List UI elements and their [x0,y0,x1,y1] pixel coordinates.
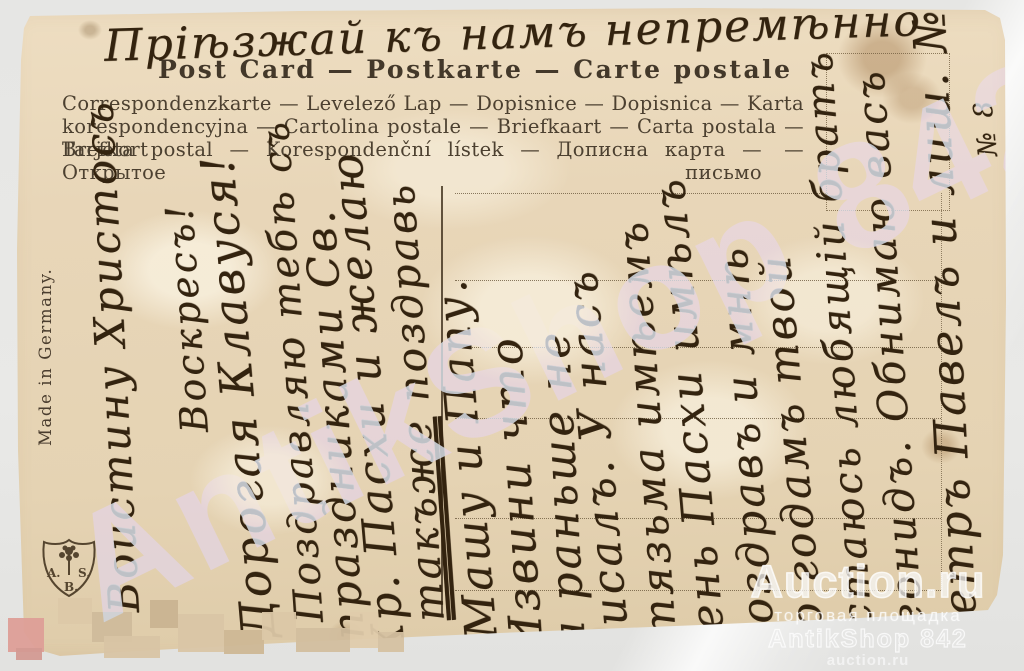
censor-block [378,632,404,652]
shop-name-watermark: AntikShop 842 [718,626,1018,652]
made-in-germany-imprint: Made in Germany. [36,268,55,446]
auction-site-watermark: Auction.ru [718,558,1018,605]
censor-block-pink [8,618,44,652]
domain-watermark: auction.ru [718,653,1018,669]
censor-block [296,628,350,652]
censor-block-pink [16,648,42,660]
censor-block [224,630,264,654]
censor-block [262,612,296,640]
auction-watermark-block: Auction.ru торговая площадка AntikShop 8… [718,558,1018,669]
initial-b: B. [64,580,78,594]
censor-block [350,612,378,648]
language-line-1: Correspondenzkarte — Levelező Lap — Dopi… [62,92,804,115]
initial-a: A. [46,566,61,580]
marketplace-tagline-watermark: торговая площадка [718,607,1018,625]
censor-block [58,598,92,624]
auction-photo-background: Post Card — Postkarte — Carte postale Co… [0,0,1024,671]
